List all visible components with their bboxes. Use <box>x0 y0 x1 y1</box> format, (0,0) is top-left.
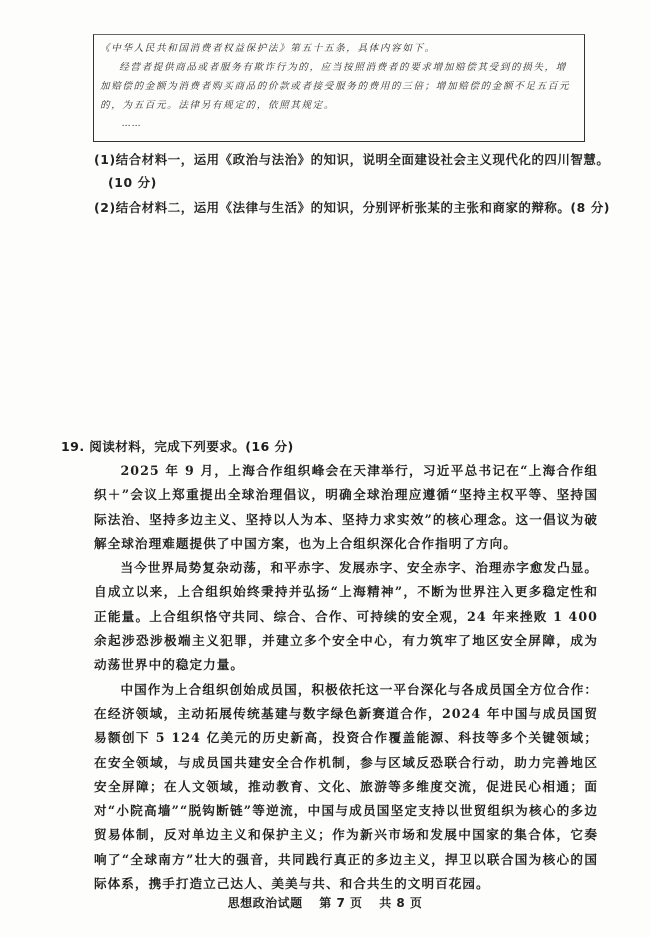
question-text: (1)结合材料一，运用《政治与法治》的知识，说明全面建设社会主义现代化的四川智慧… <box>94 150 609 170</box>
question-19-material: 2025 年 9 月，上海合作组织峰会在天津举行，习近平总书记在“上海合作组织＋… <box>94 459 598 896</box>
material-paragraph: 中国作为上合组织创始成员国，积极依托这一平台深化与各成员国全方位合作：在经济领域… <box>94 678 598 897</box>
question-18-part-2: (2)结合材料二，运用《法律与生活》的知识，分别评析张某的主张和商家的辩称。(8… <box>94 198 610 218</box>
material-title-line: 《中华人民共和国消费者权益保护法》第五十五条，具体内容如下。 <box>100 39 578 58</box>
question-19-heading: 19. 阅读材料，完成下列要求。(16 分) <box>61 437 294 457</box>
material-body-text: 经营者提供商品或者服务有欺诈行为的，应当按照消费者的要求增加赔偿其受到的损失，增… <box>100 58 578 115</box>
material-box: 《中华人民共和国消费者权益保护法》第五十五条，具体内容如下。 经营者提供商品或者… <box>93 34 585 142</box>
material-paragraph: 当今世界局势复杂动荡，和平赤字、发展赤字、安全赤字、治理赤字愈发凸显。自成立以来… <box>94 556 598 677</box>
material-ellipsis: …… <box>100 115 578 134</box>
footer-subject: 思想政治试题 <box>228 896 303 910</box>
footer-page-number: 第 7 页 <box>319 896 362 910</box>
question-score: (10 分) <box>94 173 609 193</box>
page-footer: 思想政治试题 第 7 页 共 8 页 <box>0 894 650 911</box>
footer-total-pages: 共 8 页 <box>379 896 422 910</box>
material-paragraph: 2025 年 9 月，上海合作组织峰会在天津举行，习近平总书记在“上海合作组织＋… <box>94 459 598 556</box>
question-18-part-1: (1)结合材料一，运用《政治与法治》的知识，说明全面建设社会主义现代化的四川智慧… <box>94 150 609 193</box>
